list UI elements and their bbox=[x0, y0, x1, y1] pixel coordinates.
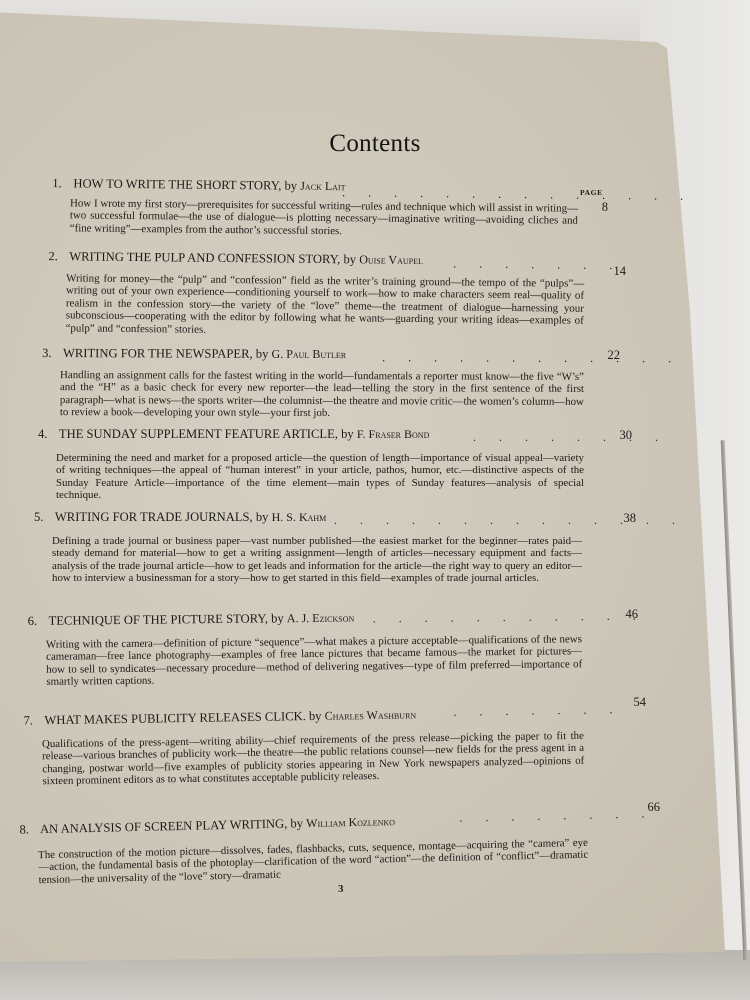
entry-heading: 8. AN ANALYSIS OF SCREEN PLAY WRITING, b… bbox=[19, 808, 604, 837]
entry-description: Determining the need and market for a pr… bbox=[56, 452, 584, 502]
entry-number: 1. bbox=[52, 175, 70, 191]
entry-by: by bbox=[290, 816, 303, 830]
entry-page-number: 54 bbox=[616, 695, 646, 710]
entry-number: 2. bbox=[48, 248, 66, 264]
entry-author: William Kozlenko bbox=[306, 814, 395, 830]
entry-page-number: 38 bbox=[606, 511, 636, 526]
entry-page-number: 46 bbox=[608, 607, 638, 622]
contents-page: Contents PAGE 1. HOW TO WRITE THE SHORT … bbox=[0, 0, 750, 1000]
entry-author: Jack Lait bbox=[300, 179, 345, 193]
leader-dots: . . . . . . . bbox=[453, 701, 622, 720]
entry-title: WHAT MAKES PUBLICITY RELEASES CLICK. bbox=[44, 709, 306, 727]
entry-title: HOW TO WRITE THE SHORT STORY, bbox=[73, 176, 281, 192]
toc-entry: 5. WRITING FOR TRADE JOURNALS, by H. S. … bbox=[34, 509, 599, 585]
entry-page-number: 30 bbox=[602, 428, 632, 443]
toc-entry: 7. WHAT MAKES PUBLICITY RELEASES CLICK. … bbox=[23, 703, 602, 788]
leader-dots: . . . . . . . . . . . . bbox=[382, 349, 681, 366]
entry-author: G. Paul Butler bbox=[272, 347, 347, 361]
entry-by: by bbox=[256, 347, 269, 361]
entry-number: 3. bbox=[42, 345, 60, 361]
entry-heading: 3. WRITING FOR THE NEWSPAPER, by G. Paul… bbox=[42, 345, 600, 363]
entry-description: Handling an assignment calls for the fas… bbox=[60, 369, 584, 420]
page-title: Contents bbox=[0, 130, 750, 158]
entry-by: by bbox=[256, 510, 269, 524]
leader-dots: . . . . . . . . bbox=[459, 805, 654, 825]
entry-title: WRITING THE PULP AND CONFESSION STORY, bbox=[69, 249, 340, 266]
entry-author: A. J. Ezickson bbox=[287, 611, 354, 626]
entry-by: by bbox=[284, 179, 297, 193]
entry-author: F. Fraser Bond bbox=[357, 427, 430, 441]
entry-heading: 4. THE SUNDAY SUPPLEMENT FEATURE ARTICLE… bbox=[38, 426, 603, 442]
entry-number: 8. bbox=[19, 821, 37, 837]
entry-number: 4. bbox=[38, 426, 56, 442]
entry-page-number: 66 bbox=[630, 800, 660, 815]
entry-by: by bbox=[309, 709, 322, 723]
entry-by: by bbox=[271, 611, 284, 625]
entry-page-number: 22 bbox=[590, 348, 620, 363]
entry-page-number: 14 bbox=[596, 264, 626, 279]
entry-number: 5. bbox=[34, 509, 52, 525]
toc-entry: 4. THE SUNDAY SUPPLEMENT FEATURE ARTICLE… bbox=[38, 426, 603, 502]
entry-description: Defining a trade journal or business pap… bbox=[52, 535, 582, 585]
entry-author: Charles Washburn bbox=[325, 707, 417, 722]
entry-description: How I wrote my first story—prerequisites… bbox=[70, 197, 578, 240]
entry-author: H. S. Kahm bbox=[272, 510, 327, 524]
entry-heading: 5. WRITING FOR TRADE JOURNALS, by H. S. … bbox=[34, 509, 599, 525]
entry-description: The construction of the motion picture—d… bbox=[38, 837, 589, 887]
entry-number: 6. bbox=[28, 613, 46, 629]
entry-heading: 2. WRITING THE PULP AND CONFESSION STORY… bbox=[48, 248, 593, 270]
entry-title: AN ANALYSIS OF SCREEN PLAY WRITING, bbox=[40, 817, 288, 837]
toc-entry: 1. HOW TO WRITE THE SHORT STORY, by Jack… bbox=[52, 175, 593, 240]
entry-by: by bbox=[341, 427, 354, 441]
leader-dots: . . . . . . . . bbox=[473, 429, 668, 445]
entry-by: by bbox=[343, 252, 356, 266]
entry-heading: 1. HOW TO WRITE THE SHORT STORY, by Jack… bbox=[52, 175, 592, 197]
toc-entry: 8. AN ANALYSIS OF SCREEN PLAY WRITING, b… bbox=[19, 808, 605, 886]
entry-description: Qualifications of the press-agent—writin… bbox=[42, 730, 585, 788]
entry-page-number: 8 bbox=[578, 200, 608, 215]
entry-title: WRITING FOR TRADE JOURNALS, bbox=[55, 510, 253, 524]
entry-description: Writing for money—the “pulp” and “confes… bbox=[66, 272, 585, 339]
entry-title: THE SUNDAY SUPPLEMENT FEATURE ARTICLE, bbox=[59, 427, 338, 441]
entry-author: Ouise Vaupel bbox=[359, 252, 423, 267]
entry-heading: 7. WHAT MAKES PUBLICITY RELEASES CLICK. … bbox=[23, 703, 601, 728]
page-folio-number: 3 bbox=[338, 883, 344, 895]
entry-title: TECHNIQUE OF THE PICTURE STORY, bbox=[49, 611, 269, 627]
toc-entry: 6. TECHNIQUE OF THE PICTURE STORY, by A.… bbox=[28, 607, 601, 689]
entry-number: 7. bbox=[23, 712, 41, 728]
entry-heading: 6. TECHNIQUE OF THE PICTURE STORY, by A.… bbox=[28, 607, 600, 629]
toc-entry: 3. WRITING FOR THE NEWSPAPER, by G. Paul… bbox=[42, 345, 600, 421]
entry-description: Writing with the camera—definition of pi… bbox=[46, 633, 582, 688]
leader-dots: . . . . . . . . . . . bbox=[373, 608, 646, 627]
toc-entry: 2. WRITING THE PULP AND CONFESSION STORY… bbox=[48, 248, 594, 340]
entry-title: WRITING FOR THE NEWSPAPER, bbox=[63, 346, 253, 361]
